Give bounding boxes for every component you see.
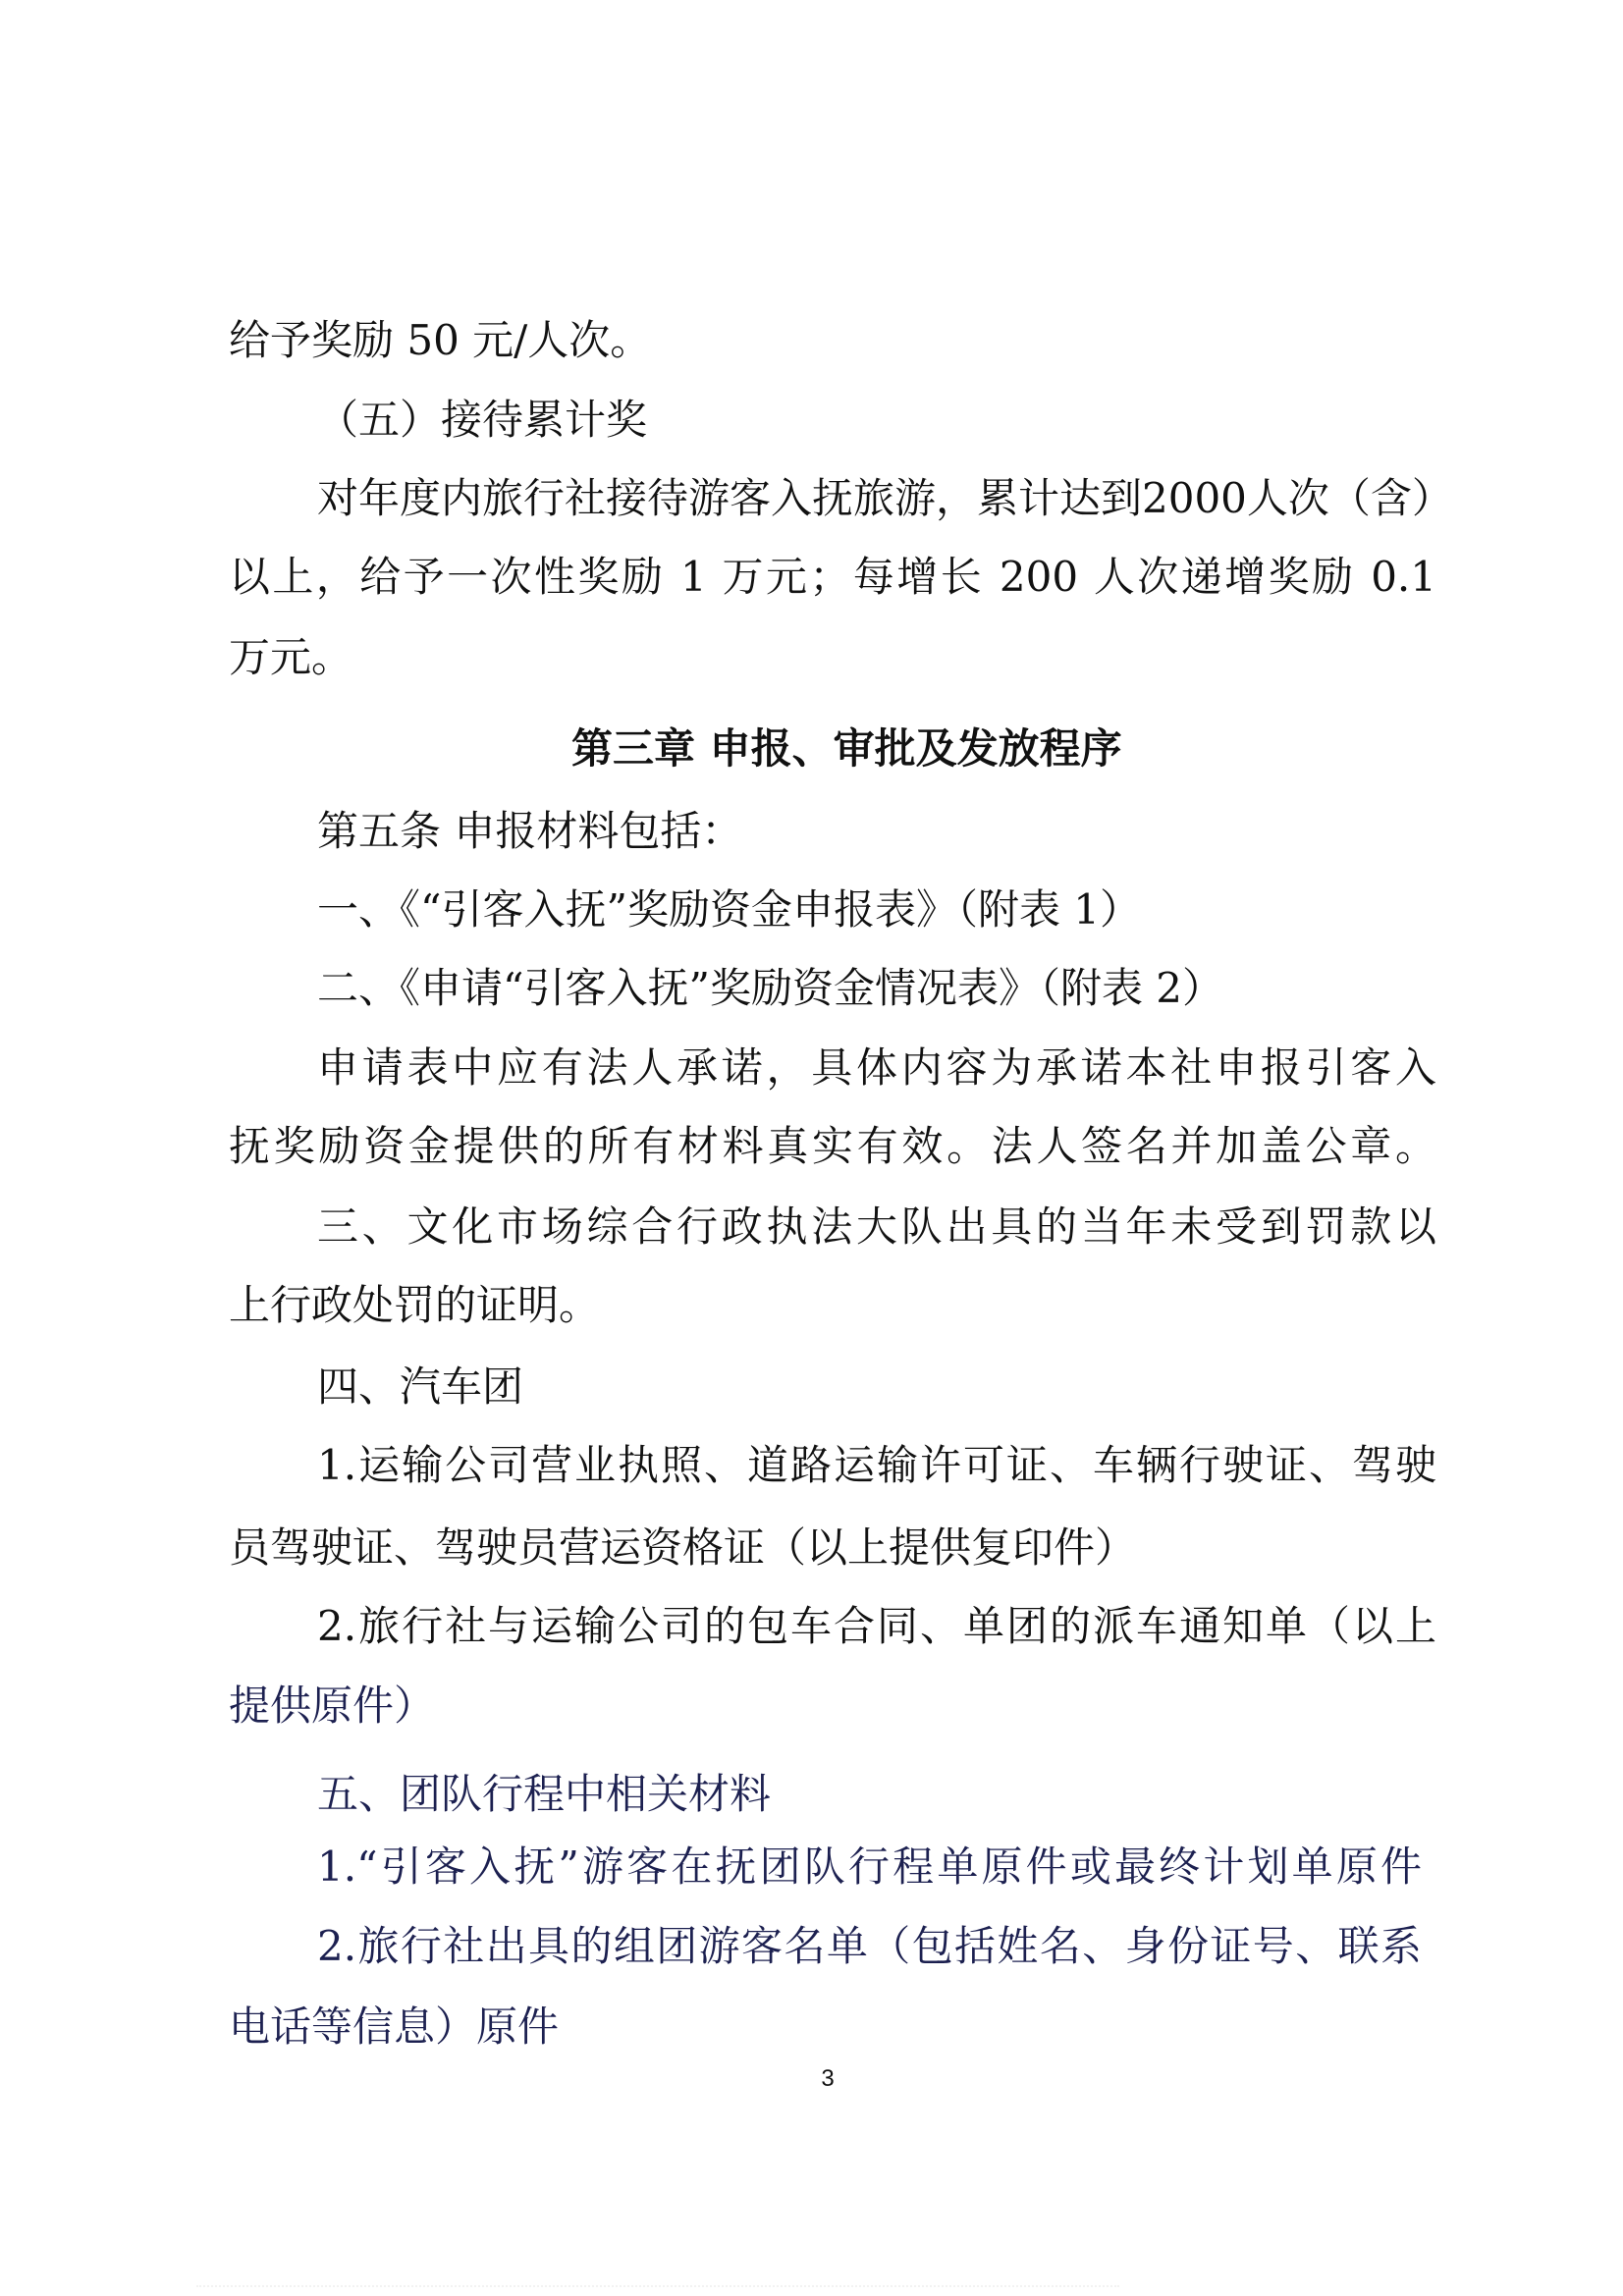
paragraph-line: 上行政处罚的证明。: [229, 1276, 600, 1335]
paragraph-line: 提供原件）: [229, 1677, 435, 1735]
page-number: 3: [818, 2065, 838, 2093]
list-item: 1.运输公司营业执照、道路运输许可证、车辆行驶证、驾驶: [317, 1436, 1436, 1495]
chapter-heading: 第三章 申报、审批及发放程序: [571, 720, 1043, 778]
section-subheading: （五）接待累计奖: [317, 391, 647, 450]
scan-artifact-line: [196, 2285, 1119, 2287]
list-item: 二、《申请“引客入抚”奖励资金情况表》（附表 2）: [317, 959, 1223, 1018]
list-item: 2.旅行社出具的组团游客名单（包括姓名、身份证号、联系: [317, 1917, 1422, 1976]
list-item: 2.旅行社与运输公司的包车合同、单团的派车通知单（以上: [317, 1597, 1436, 1656]
list-item: 五、团队行程中相关材料: [317, 1765, 771, 1824]
document-page: 给予奖励 50 元/人次。 （五）接待累计奖 对年度内旅行社接待游客入抚旅游，累…: [0, 0, 1623, 2296]
list-item: 一、《“引客入抚”奖励资金申报表》（附表 1）: [317, 881, 1141, 939]
paragraph-line: 电话等信息）原件: [229, 1998, 559, 2056]
paragraph-line: 万元。: [229, 628, 352, 687]
paragraph-line: 给予奖励 50 元/人次。: [229, 311, 651, 370]
paragraph-line: 抚奖励资金提供的所有材料真实有效。法人签名并加盖公章。: [229, 1117, 1436, 1176]
paragraph-line: 以上，给予一次性奖励 1 万元；每增长 200 人次递增奖励 0.1: [229, 548, 1436, 607]
paragraph-line: 员驾驶证、驾驶员营运资格证（以上提供复印件）: [229, 1519, 1136, 1577]
list-item: 1.“引客入抚”游客在抚团队行程单原件或最终计划单原件: [317, 1838, 1422, 1896]
paragraph-line: 申请表中应有法人承诺，具体内容为承诺本社申报引客入: [317, 1039, 1436, 1097]
paragraph-line: 对年度内旅行社接待游客入抚旅游，累计达到2000人次（含）: [317, 469, 1436, 528]
list-item: 四、汽车团: [317, 1358, 523, 1416]
article-heading: 第五条 申报材料包括：: [317, 802, 742, 861]
list-item: 三、文化市场综合行政执法大队出具的当年未受到罚款以: [317, 1198, 1436, 1256]
